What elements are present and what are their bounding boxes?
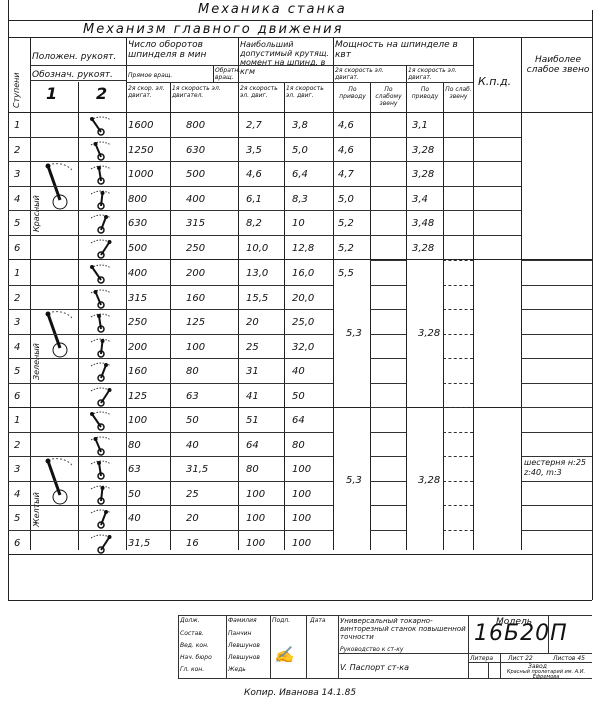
divider (443, 432, 473, 433)
cell-t1: 20,0 (292, 293, 314, 304)
cell-t1: 25,0 (292, 317, 314, 328)
cell-power-1st: 3,1 (412, 120, 428, 131)
header-lever-position: Положен. рукоят. (32, 52, 116, 62)
cell-t1: 12,8 (292, 243, 314, 254)
step-number: 2 (14, 440, 20, 451)
divider (521, 456, 592, 457)
page-title: Механика станка (198, 4, 347, 15)
lever-2-position-icon (88, 237, 114, 263)
divider (443, 530, 473, 531)
step-number: 4 (14, 342, 20, 353)
cell-power-1st: 3,4 (412, 194, 428, 205)
group-label: Красный (32, 195, 41, 232)
header-efficiency: К.п.д. (478, 76, 511, 87)
group-label: Желтый (32, 492, 41, 527)
header-lever-1: 1 (46, 88, 57, 99)
header-lever-designation: Обознач. рукоят. (32, 70, 113, 80)
header-torque-1st: 1я скорость эл. двиг. (286, 85, 332, 99)
divider (443, 481, 473, 482)
divider (8, 210, 521, 211)
cell-t2: 6,1 (246, 194, 262, 205)
header-speed1: 1я скорость эл. двигател. (172, 85, 236, 99)
header-torque: Наибольший допустимый крутящ. момент на … (240, 40, 332, 76)
cell-t2: 10,0 (246, 243, 268, 254)
cell-t2: 25 (246, 342, 259, 353)
cell-t1: 40 (292, 366, 305, 377)
divider (8, 20, 592, 21)
tb-manual: Руководство к ст-ку (340, 646, 403, 653)
cell-power-2nd: 5,5 (338, 268, 354, 279)
divider (443, 260, 473, 261)
divider (521, 334, 592, 335)
tb-role: Нач. бюро (180, 654, 212, 661)
col-line (178, 615, 179, 678)
header-reverse: Обратн. вращ. (215, 67, 237, 81)
lever-1-diagram-icon (44, 310, 72, 360)
cell-direct: 400 (128, 268, 147, 279)
tb-name: Левшунов (228, 654, 260, 661)
tb-sheet: Лист 22 (508, 655, 533, 662)
cell-t2: 100 (246, 538, 265, 549)
cell-power-2nd-merged: 5,3 (346, 475, 362, 486)
col-line (306, 615, 307, 678)
footer-copied: Копир. Иванова 14.1.85 (244, 688, 356, 698)
divider (8, 334, 333, 335)
col-line (473, 37, 474, 550)
cell-t2: 31 (246, 366, 259, 377)
col-line (521, 37, 522, 550)
header-torque-2nd: 2я скорость эл. двиг. (240, 85, 282, 99)
lever-2-position-icon (88, 532, 114, 558)
cell-direct: 80 (128, 440, 141, 451)
cell-direct: 800 (128, 194, 147, 205)
step-number: 1 (14, 415, 20, 426)
divider (443, 456, 473, 457)
cell-t2: 3,5 (246, 145, 262, 156)
cell-power-1st: 3,28 (412, 169, 434, 180)
cell-direct: 100 (128, 415, 147, 426)
cell-direct: 50 (128, 489, 141, 500)
step-number: 5 (14, 366, 20, 377)
divider (521, 309, 592, 310)
cell-t2: 20 (246, 317, 259, 328)
divider (30, 80, 126, 81)
step-number: 4 (14, 194, 20, 205)
col-line (500, 653, 501, 678)
col-line (406, 65, 407, 550)
divider (443, 285, 473, 286)
divider (370, 432, 406, 433)
divider (521, 358, 592, 359)
cell-t2: 2,7 (246, 120, 262, 131)
document-sheet: Механика станка Механизм главного движен… (8, 0, 594, 704)
cell-direct: 630 (128, 218, 147, 229)
cell-reverse: 200 (186, 268, 205, 279)
col-line (30, 37, 31, 550)
tb-name: Жедь (228, 666, 246, 673)
divider (8, 505, 333, 506)
cell-direct: 63 (128, 464, 141, 475)
tb-col-surname: Фамилия (228, 617, 257, 624)
cell-t1: 5,0 (292, 145, 308, 156)
cell-power-1st: 3,28 (412, 145, 434, 156)
cell-t2: 13,0 (246, 268, 268, 279)
cell-reverse: 160 (186, 293, 205, 304)
divider (521, 260, 592, 261)
cell-direct: 1600 (128, 120, 153, 131)
cell-t1: 32,0 (292, 342, 314, 353)
step-number: 5 (14, 218, 20, 229)
header-lever-2: 2 (96, 88, 107, 99)
divider (521, 481, 592, 482)
divider (8, 235, 521, 236)
cell-reverse: 250 (186, 243, 205, 254)
cell-t1: 100 (292, 538, 311, 549)
cell-power-1st-merged: 3,28 (418, 328, 440, 339)
step-number: 6 (14, 243, 20, 254)
header-by-drive: По приводу (336, 86, 369, 100)
cell-t2: 15,5 (246, 293, 268, 304)
header-power: Мощность на шпинделе в квт (335, 40, 471, 60)
cell-t2: 51 (246, 415, 259, 426)
cell-power-1st: 3,48 (412, 218, 434, 229)
tb-sheets: Листов 45 (553, 655, 585, 662)
step-number: 6 (14, 538, 20, 549)
cell-reverse: 100 (186, 342, 205, 353)
divider (8, 481, 333, 482)
tb-col-date: Дата (310, 617, 326, 624)
header-speeds: Число оборотов шпинделя в мин (128, 40, 236, 60)
cell-t2: 64 (246, 440, 259, 451)
divider (370, 309, 406, 310)
divider (521, 285, 592, 286)
divider (521, 383, 592, 384)
divider (521, 432, 592, 433)
cell-reverse: 40 (186, 440, 199, 451)
cell-reverse: 50 (186, 415, 199, 426)
cell-t2: 8,2 (246, 218, 262, 229)
col-line (488, 662, 489, 678)
tb-name: Панчин (228, 630, 251, 637)
cell-power-1st-merged: 3,28 (418, 475, 440, 486)
divider (370, 505, 406, 506)
divider (8, 37, 592, 38)
cell-reverse: 315 (186, 218, 205, 229)
cell-reverse: 25 (186, 489, 199, 500)
divider (370, 260, 406, 261)
tb-col-sign: Подп. (272, 617, 290, 624)
divider (8, 112, 592, 113)
col-line (468, 615, 469, 678)
cell-reverse: 31,5 (186, 464, 208, 475)
cell-direct: 125 (128, 391, 147, 402)
divider (8, 456, 333, 457)
divider (370, 334, 406, 335)
lever-1-diagram-icon (44, 457, 72, 507)
divider (8, 383, 333, 384)
divider (8, 285, 333, 286)
divider (443, 383, 473, 384)
tb-plant: Красный пролетарий им. А.И. Ефремова (502, 670, 590, 680)
lever-2-position-icon (88, 385, 114, 411)
cell-t1: 3,8 (292, 120, 308, 131)
col-line (213, 65, 214, 82)
step-number: 2 (14, 145, 20, 156)
cell-t1: 64 (292, 415, 305, 426)
divider (468, 662, 592, 663)
tb-col-position: Долж. (180, 617, 200, 624)
cell-t2: 100 (246, 489, 265, 500)
header-power-1st: 1я скорость эл. двигат. (408, 67, 472, 81)
cell-t2: 80 (246, 464, 259, 475)
cell-direct: 160 (128, 366, 147, 377)
tb-role: Гл. кон. (180, 666, 204, 673)
cell-reverse: 80 (186, 366, 199, 377)
signature-icon: ✍ (274, 645, 294, 664)
cell-direct: 315 (128, 293, 147, 304)
step-number: 3 (14, 317, 20, 328)
divider (8, 600, 592, 601)
step-number: 6 (14, 391, 20, 402)
header-by-weak-1: По слаб. звену (445, 86, 472, 100)
cell-t2: 4,6 (246, 169, 262, 180)
frame-left (8, 0, 9, 600)
cell-reverse: 125 (186, 317, 205, 328)
divider (8, 358, 333, 359)
cell-direct: 1250 (128, 145, 153, 156)
tb-description: Универсальный токарно-винторезный станок… (340, 617, 466, 641)
tb-model: 16Б20П (474, 628, 568, 639)
cell-t1: 80 (292, 440, 305, 451)
cell-power-2nd: 4,6 (338, 145, 354, 156)
divider (521, 407, 592, 408)
divider (338, 653, 592, 654)
cell-reverse: 500 (186, 169, 205, 180)
divider (178, 615, 592, 616)
tb-name: Левшунов (228, 642, 260, 649)
cell-power-2nd: 4,7 (338, 169, 354, 180)
step-number: 3 (14, 169, 20, 180)
cell-t2: 100 (246, 513, 265, 524)
header-by-drive-1: По приводу (408, 86, 442, 100)
col-line (238, 37, 239, 550)
divider (443, 407, 473, 408)
header-step: Ступени (12, 72, 22, 108)
divider (8, 432, 333, 433)
cell-reverse: 16 (186, 538, 199, 549)
header-direct: Прямое вращ. (128, 72, 172, 79)
cell-power-2nd: 5,2 (338, 243, 354, 254)
tb-passport: V. Паспорт ст-ка (340, 662, 409, 673)
cell-reverse: 63 (186, 391, 199, 402)
cell-t1: 8,3 (292, 194, 308, 205)
divider (370, 358, 406, 359)
divider (8, 530, 333, 531)
tb-litera: Литера (470, 655, 493, 662)
divider (443, 505, 473, 506)
divider (443, 334, 473, 335)
step-number: 1 (14, 268, 20, 279)
divider (8, 137, 521, 138)
cell-power-2nd-merged: 5,3 (346, 328, 362, 339)
cell-t1: 16,0 (292, 268, 314, 279)
cell-reverse: 400 (186, 194, 205, 205)
header-weakest-link: Наиболее слабое звено (524, 55, 592, 75)
divider (126, 82, 473, 83)
cell-power-1st: 3,28 (412, 243, 434, 254)
cell-power-2nd: 4,6 (338, 120, 354, 131)
cell-t1: 100 (292, 464, 311, 475)
frame-right (592, 10, 593, 600)
divider (8, 309, 333, 310)
col-line (270, 615, 271, 678)
step-number: 5 (14, 513, 20, 524)
col-line (126, 37, 127, 550)
lever-1-diagram-icon (44, 162, 72, 212)
divider (370, 383, 406, 384)
cell-reverse: 630 (186, 145, 205, 156)
divider (8, 186, 521, 187)
cell-power-2nd: 5,2 (338, 218, 354, 229)
divider (443, 309, 473, 310)
step-number: 1 (14, 120, 20, 131)
divider (8, 161, 521, 162)
step-number: 4 (14, 489, 20, 500)
cell-direct: 200 (128, 342, 147, 353)
step-number: 2 (14, 293, 20, 304)
cell-direct: 40 (128, 513, 141, 524)
tb-role: Вед. кон. (180, 642, 209, 649)
tb-role: Состав. (180, 630, 204, 637)
cell-t1: 100 (292, 513, 311, 524)
cell-reverse: 800 (186, 120, 205, 131)
divider (370, 481, 406, 482)
divider (370, 407, 406, 408)
col-line (333, 37, 334, 550)
divider (521, 530, 592, 531)
group-label: Зеленый (32, 343, 41, 380)
cell-t1: 6,4 (292, 169, 308, 180)
cell-power-2nd: 5,0 (338, 194, 354, 205)
cell-direct: 1000 (128, 169, 153, 180)
cell-t1: 100 (292, 489, 311, 500)
header-by-weak: По слабому звену (372, 86, 405, 107)
divider (370, 456, 406, 457)
cell-t1: 50 (292, 391, 305, 402)
col-line (226, 615, 227, 678)
cell-t1: 10 (292, 218, 305, 229)
divider (370, 285, 406, 286)
cell-direct: 250 (128, 317, 147, 328)
header-speed2: 2я скор. эл. двигат. (128, 85, 168, 99)
cell-t2: 41 (246, 391, 259, 402)
cell-weak-link: шестерня н:25 z:40, m:3 (524, 458, 590, 478)
header-power-2nd: 2я скорость эл. двигат. (335, 67, 405, 81)
divider (370, 530, 406, 531)
step-number: 3 (14, 464, 20, 475)
divider (443, 358, 473, 359)
col-line (338, 615, 339, 678)
cell-reverse: 20 (186, 513, 199, 524)
divider (521, 505, 592, 506)
cell-direct: 31,5 (128, 538, 150, 549)
page-subtitle: Механизм главного движения (83, 24, 343, 35)
cell-direct: 500 (128, 243, 147, 254)
